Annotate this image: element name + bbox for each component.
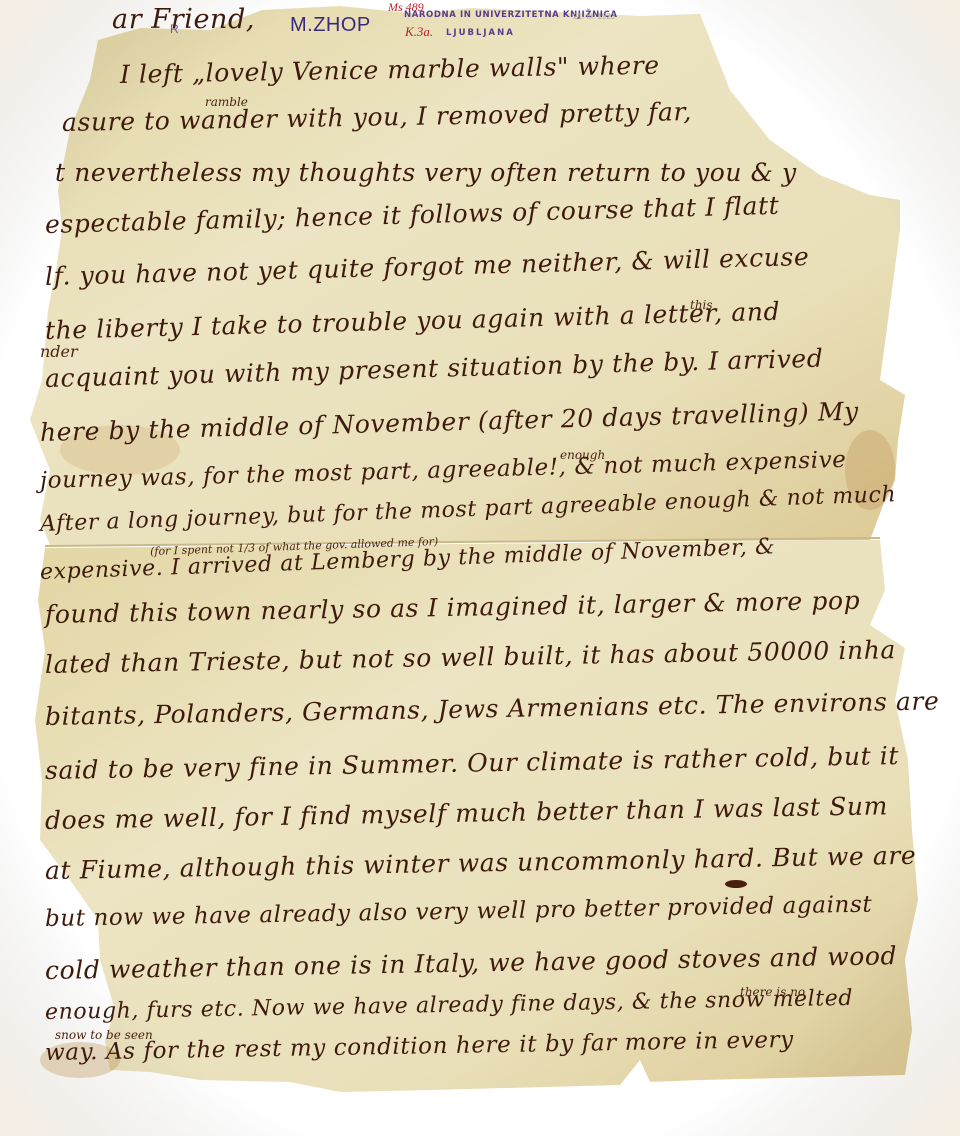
- salutation: ar Friend,: [112, 4, 255, 35]
- signature-mark: K.3a.: [405, 24, 433, 40]
- shelfmark-stamp: M.ZHOP: [290, 14, 371, 37]
- accession-date-stamp: 21. III. 1923: [573, 12, 615, 21]
- library-city-stamp: LJUBLJANA: [446, 28, 515, 38]
- letter-scan: R M.ZHOP Ms 489 NARODNA IN UNIVERZITETNA…: [0, 0, 960, 1136]
- ink-blot: [725, 880, 747, 888]
- letter-line-3: t nevertheless my thoughts very often re…: [55, 158, 797, 187]
- margin-note: nder: [40, 342, 78, 361]
